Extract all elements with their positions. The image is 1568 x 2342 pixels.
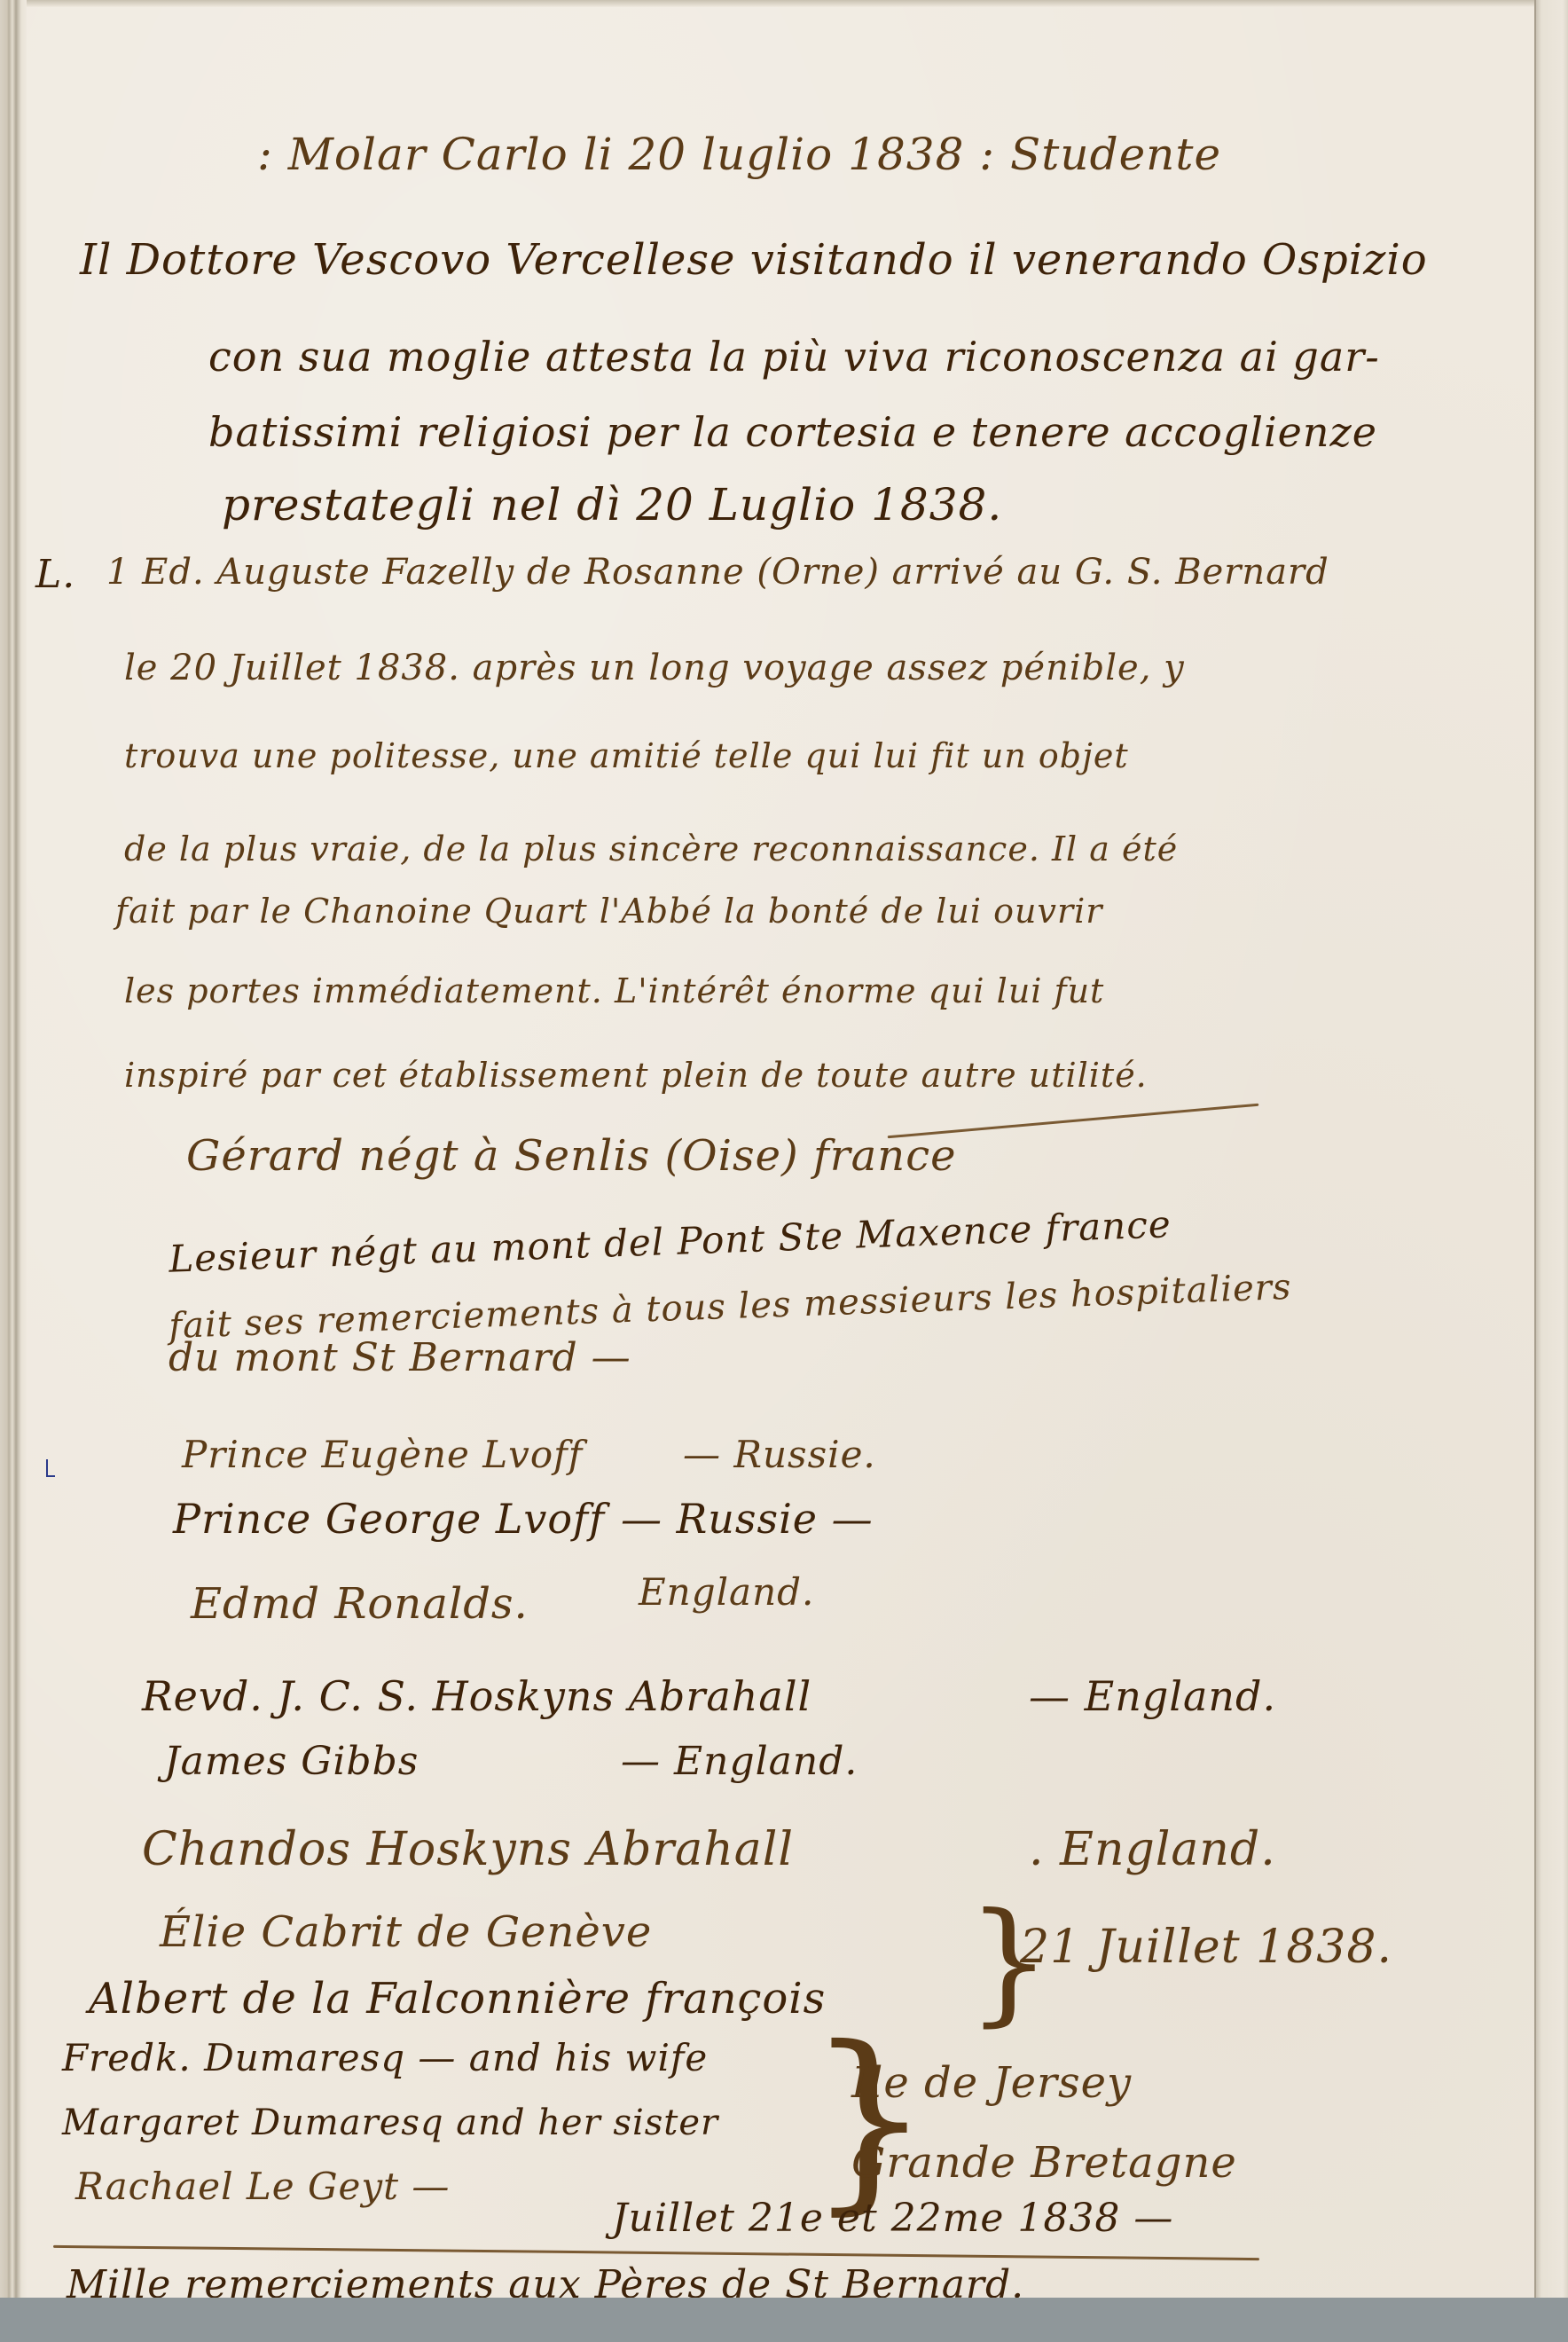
blue-pencil-mark <box>46 1459 55 1477</box>
french-line-3: trouva une politesse, une amitié telle q… <box>124 736 1129 775</box>
french-line-7: inspiré par cet établissement plein de t… <box>124 1056 1148 1095</box>
visitor-name: James Gibbs <box>164 1739 419 1784</box>
visitor-origin: — Russie — <box>621 1495 874 1543</box>
italian-line-1: Il Dottore Vescovo Vercellese visitando … <box>80 235 1428 285</box>
visitor-name: Edmd Ronalds. <box>191 1579 529 1629</box>
group-date: 21 Juillet 1838. <box>1020 1921 1392 1974</box>
italian-line-4: prestategli nel dì 20 Luglio 1838. <box>222 479 1002 530</box>
dumaresq-name: Fredk. Dumaresq — and his wife <box>62 2036 708 2079</box>
dumaresq-date: Juillet 21e et 22me 1838 — <box>612 2196 1173 2241</box>
group-name: Élie Cabrit de Genève <box>160 1907 652 1957</box>
visitor-origin: — Russie. <box>683 1433 876 1476</box>
visitor-origin: England. <box>639 1570 814 1614</box>
visitor-name: Prince George Lvoff <box>173 1495 605 1543</box>
italian-line-3: batissimi religiosi per la cortesia e te… <box>208 408 1377 456</box>
margin-mark: L. <box>35 552 75 597</box>
french-line-6: les portes immédiatement. L'intérêt énor… <box>124 971 1104 1010</box>
background-surface <box>0 2298 1568 2342</box>
next-page-edge <box>1534 0 1568 2307</box>
italian-line-2: con sua moglie attesta la più viva ricon… <box>208 333 1380 381</box>
french-line-2: le 20 Juillet 1838. après un long voyage… <box>124 648 1185 688</box>
visitor-origin: — England. <box>621 1739 858 1784</box>
french-line-1: 1 Ed. Auguste Fazelly de Rosanne (Orne) … <box>106 552 1329 593</box>
visitor-name: Prince Eugène Lvoff <box>182 1433 583 1476</box>
visitor-name: Chandos Hoskyns Abrahall <box>142 1823 794 1876</box>
italian-header: : Molar Carlo li 20 luglio 1838 : Studen… <box>257 129 1221 180</box>
page-binding-edge <box>0 0 27 2307</box>
wavy-rule <box>53 2245 1259 2260</box>
dumaresq-name: Margaret Dumaresq and her sister <box>62 2102 718 2143</box>
visitor-origin: . England. <box>1029 1823 1276 1876</box>
french-line-4: de la plus vraie, de la plus sincère rec… <box>124 829 1178 868</box>
dumaresq-name: Rachael Le Geyt — <box>75 2165 450 2208</box>
page-top-edge <box>0 0 1568 7</box>
french-line-5: fait par le Chanoine Quart l'Abbé la bon… <box>115 892 1102 931</box>
dumaresq-location: Grande Bretagne <box>851 2138 1237 2188</box>
gerard-line-2: Lesieur négt au mont del Pont Ste Maxenc… <box>168 1202 1172 1280</box>
visitor-name: Revd. J. C. S. Hoskyns Abrahall <box>142 1672 811 1720</box>
manuscript-page: : Molar Carlo li 20 luglio 1838 : Studen… <box>0 0 1568 2307</box>
visitor-origin: — England. <box>1029 1672 1276 1720</box>
group-name: Albert de la Falconnière françois <box>89 1974 826 2024</box>
gerard-line-4: du mont St Bernard — <box>169 1335 631 1380</box>
gerard-line-1: Gérard négt à Senlis (Oise) france <box>186 1131 957 1181</box>
dumaresq-location: Ile de Jersey <box>851 2058 1132 2108</box>
